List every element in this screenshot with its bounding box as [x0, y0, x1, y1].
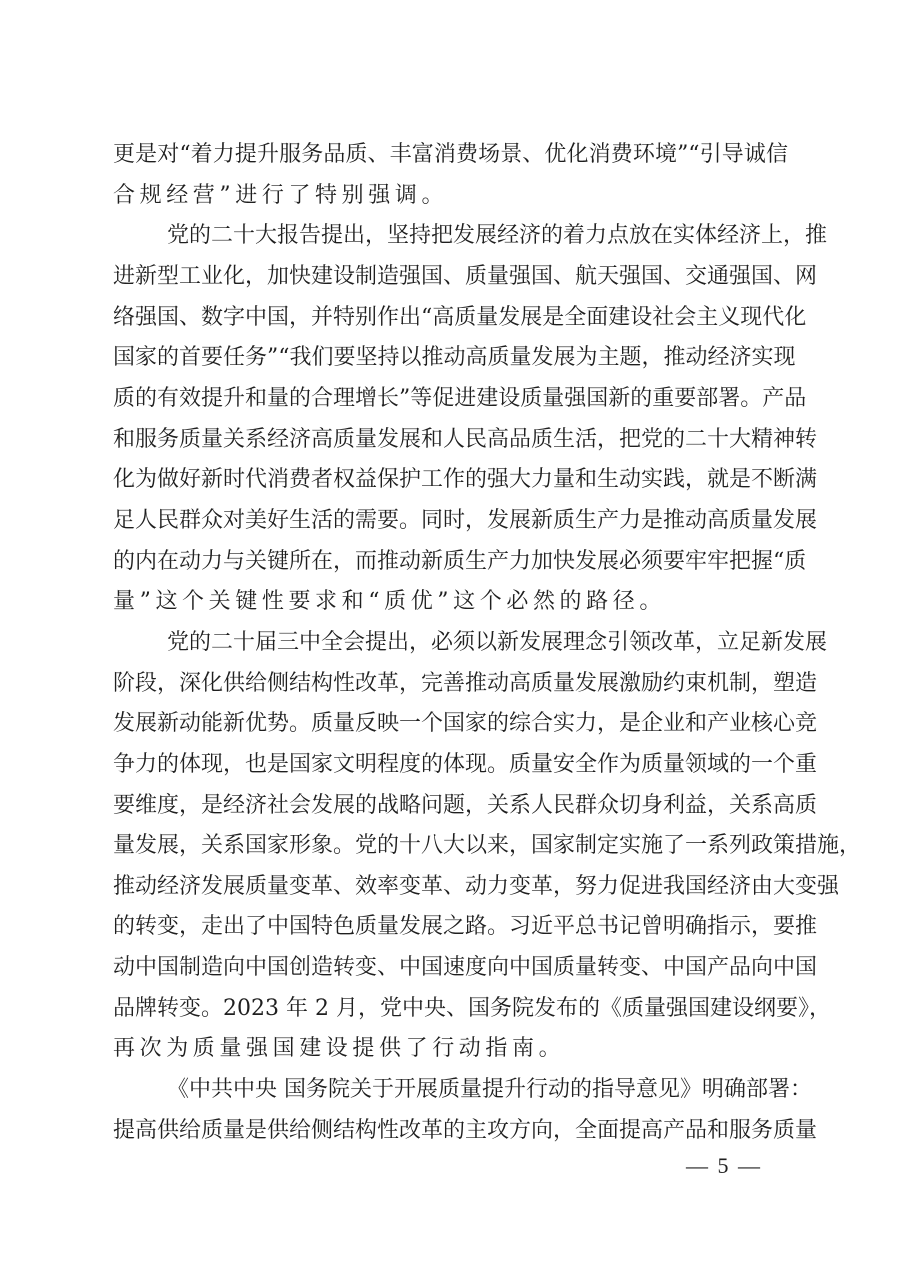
text-line: 要维度，是经济社会发展的战略问题，关系人民群众切身利益，关系高质 — [113, 791, 788, 832]
text-line: 动中国制造向中国创造转变、中国速度向中国质量转变、中国产品向中国 — [113, 953, 788, 994]
text-line: 的转变，走出了中国特色质量发展之路。习近平总书记曾明确指示，要推 — [113, 912, 788, 953]
text-line: 量”这个关键性要求和“质优”这个必然的路径。 — [113, 587, 788, 628]
text-line: 足人民群众对美好生活的需要。同时，发展新质生产力是推动高质量发展 — [113, 506, 788, 547]
text-line: 络强国、数字中国，并特别作出“高质量发展是全面建设社会主义现代化 — [113, 303, 788, 344]
text-line: 发展新动能新优势。质量反映一个国家的综合实力，是企业和产业核心竞 — [113, 709, 788, 750]
text-line: 推动经济发展质量变革、效率变革、动力变革，努力促进我国经济由大变强 — [113, 872, 788, 913]
paragraph-3: 党的二十届三中全会提出，必须以新发展理念引领改革，立足新发展 阶段，深化供给侧结… — [113, 628, 788, 1075]
text-line: 和服务质量关系经济高质量发展和人民高品质生活，把党的二十大精神转 — [113, 425, 788, 466]
paragraph-2: 党的二十大报告提出，坚持把发展经济的着力点放在实体经济上，推 进新型工业化，加快… — [113, 221, 788, 628]
paragraph-4: 《中共中央 国务院关于开展质量提升行动的指导意见》明确部署： 提高供给质量是供给… — [113, 1075, 788, 1156]
text-line: 国家的首要任务”“我们要坚持以推动高质量发展为主题，推动经济实现 — [113, 343, 788, 384]
paragraph-1: 更是对“着力提升服务品质、丰富消费场景、优化消费环境”“引导诚信 合规经营”进行… — [113, 140, 788, 221]
text-line: 品牌转变。2023 年 2 月，党中央、国务院发布的《质量强国建设纲要》， — [113, 994, 788, 1035]
text-line: 合规经营”进行了特别强调。 — [113, 181, 788, 222]
text-line: 更是对“着力提升服务品质、丰富消费场景、优化消费环境”“引导诚信 — [113, 140, 788, 181]
body-text: 更是对“着力提升服务品质、丰富消费场景、优化消费环境”“引导诚信 合规经营”进行… — [113, 140, 788, 1156]
text-line: 党的二十届三中全会提出，必须以新发展理念引领改革，立足新发展 — [113, 628, 788, 669]
text-line: 量发展，关系国家形象。党的十八大以来，国家制定实施了一系列政策措施， — [113, 831, 788, 872]
text-line: 进新型工业化，加快建设制造强国、质量强国、航天强国、交通强国、网 — [113, 262, 788, 303]
document-page: 更是对“着力提升服务品质、丰富消费场景、优化消费环境”“引导诚信 合规经营”进行… — [0, 0, 900, 1273]
page-number: — 5 — — [676, 1152, 772, 1180]
text-line: 《中共中央 国务院关于开展质量提升行动的指导意见》明确部署： — [113, 1075, 788, 1116]
text-line: 化为做好新时代消费者权益保护工作的强大力量和生动实践，就是不断满 — [113, 465, 788, 506]
text-line: 的内在动力与关键所在，而推动新质生产力加快发展必须要牢牢把握“质 — [113, 547, 788, 588]
text-line: 提高供给质量是供给侧结构性改革的主攻方向，全面提高产品和服务质量 — [113, 1116, 788, 1157]
text-line: 质的有效提升和量的合理增长”等促进建设质量强国新的重要部署。产品 — [113, 384, 788, 425]
text-line: 再次为质量强国建设提供了行动指南。 — [113, 1034, 788, 1075]
text-line: 阶段，深化供给侧结构性改革，完善推动高质量发展激励约束机制，塑造 — [113, 669, 788, 710]
text-line: 争力的体现，也是国家文明程度的体现。质量安全作为质量领域的一个重 — [113, 750, 788, 791]
text-line: 党的二十大报告提出，坚持把发展经济的着力点放在实体经济上，推 — [113, 221, 788, 262]
